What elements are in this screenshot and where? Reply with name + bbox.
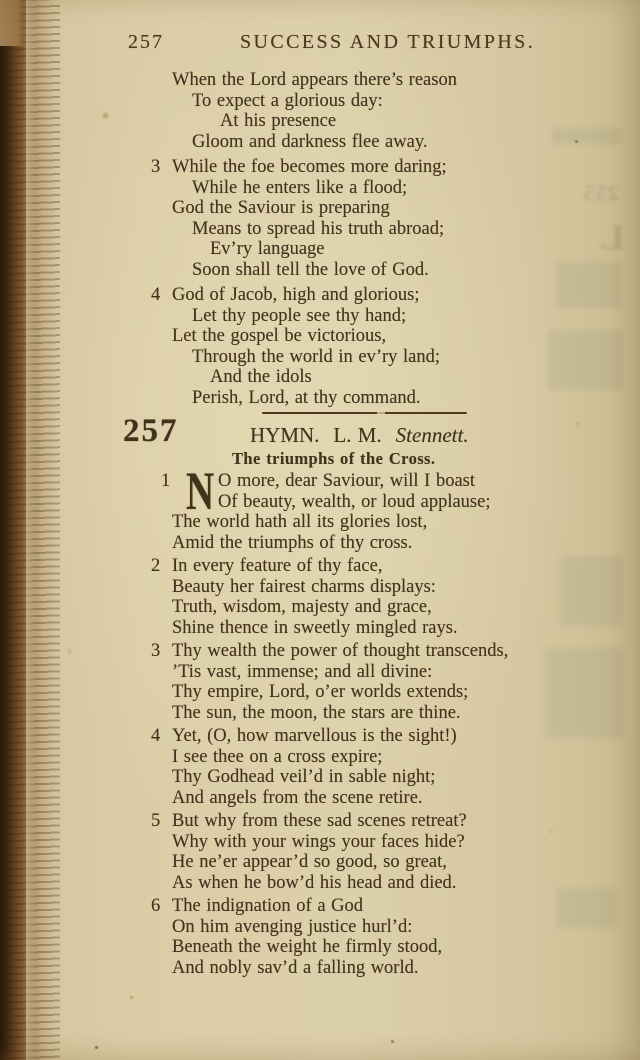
verse-line: Amid the triumphs of thy cross. xyxy=(172,533,640,554)
verse-line: Let the gospel be victorious, xyxy=(172,326,640,347)
verse-line: And nobly sav’d a falling world. xyxy=(172,958,640,979)
hymn-title-line: HYMN.L. M.Stennett. xyxy=(250,425,469,446)
drop-cap-initial: N xyxy=(186,471,208,512)
verse-line: Soon shall tell the love of God. xyxy=(192,260,640,281)
verse-line: The sun, the moon, the stars are thine. xyxy=(172,703,640,724)
verse: 3 While the foe becomes more daring; Whi… xyxy=(0,157,640,280)
verse-line: Truth, wisdom, majesty and grace, xyxy=(172,597,640,618)
verse-line: Perish, Lord, at thy command. xyxy=(192,388,640,409)
hymn-heading: 257 HYMN.L. M.Stennett. The triumphs of … xyxy=(0,420,640,468)
verse-number: 4 xyxy=(151,285,160,306)
verse-line: ’Tis vast, immense; and all divine: xyxy=(172,662,640,683)
hymn-number: 257 xyxy=(123,421,179,442)
verse-number: 2 xyxy=(151,556,160,577)
verse-line: Through the world in ev’ry land; xyxy=(192,347,640,368)
verse-line: I see thee on a cross expire; xyxy=(172,747,640,768)
verse: 4 Yet, (O, how marvellous is the sight!)… xyxy=(0,726,640,808)
verse-line: Thy Godhead veil’d in sable night; xyxy=(172,767,640,788)
verse-number: 4 xyxy=(151,726,160,747)
verse-line: The indignation of a God xyxy=(172,896,640,917)
verse-number: 3 xyxy=(151,157,160,178)
section-divider xyxy=(262,412,467,414)
verse-line: As when he bow’d his head and died. xyxy=(172,873,640,894)
verse-line: And angels from the scene retire. xyxy=(172,788,640,809)
hymn-subtitle: The triumphs of the Cross. xyxy=(232,449,435,470)
verse-number: 6 xyxy=(151,896,160,917)
verse-line: Of beauty, wealth, or loud applause; xyxy=(186,492,640,513)
verse-line: O more, dear Saviour, will I boast xyxy=(186,471,640,492)
verse-line: Yet, (O, how marvellous is the sight!) xyxy=(172,726,640,747)
page-body: When the Lord appears there’s reason To … xyxy=(0,70,640,978)
page-number: 257 xyxy=(128,31,164,54)
verse-line: When the Lord appears there’s reason xyxy=(172,70,640,91)
verse: 3 Thy wealth the power of thought transc… xyxy=(0,641,640,723)
verse-line: To expect a glorious day: xyxy=(192,91,640,112)
hymn-author: Stennett. xyxy=(396,423,469,447)
verse-line: While the foe becomes more daring; xyxy=(172,157,640,178)
running-title: SUCCESS AND TRIUMPHS. xyxy=(240,31,535,54)
verse-line: On him avenging justice hurl’d: xyxy=(172,917,640,938)
verse-line: While he enters like a flood; xyxy=(192,178,640,199)
verse-line: Shine thence in sweetly mingled rays. xyxy=(172,618,640,639)
verse-number: 1 xyxy=(161,471,170,492)
verse-line: Thy empire, Lord, o’er worlds extends; xyxy=(172,682,640,703)
verse-line: Beauty her fairest charms displays: xyxy=(172,577,640,598)
verse-line: Means to spread his truth abroad; xyxy=(192,219,640,240)
verse: 1 N O more, dear Saviour, will I boast O… xyxy=(0,471,640,553)
verse-line: Gloom and darkness flee away. xyxy=(192,132,640,153)
verse-line: But why from these sad scenes retreat? xyxy=(172,811,640,832)
verse-line: Thy wealth the power of thought transcen… xyxy=(172,641,640,662)
verse: 6 The indignation of a God On him avengi… xyxy=(0,896,640,978)
verse-line: Beneath the weight he firmly stood, xyxy=(172,937,640,958)
age-spots xyxy=(0,0,3,3)
verse-line: God of Jacob, high and glorious; xyxy=(172,285,640,306)
verse: 5 But why from these sad scenes retreat?… xyxy=(0,811,640,893)
verse: 2 In every feature of thy face, Beauty h… xyxy=(0,556,640,638)
verse-line: God the Saviour is preparing xyxy=(172,198,640,219)
verse-line: At his presence xyxy=(220,111,640,132)
book-page-scan: 255 L 257 SUCCESS AND TRIUMPHS. When the… xyxy=(0,0,640,1060)
verse-line: Why with your wings your faces hide? xyxy=(172,832,640,853)
verse-line: And the idols xyxy=(210,367,640,388)
verse-line: The world hath all its glories lost, xyxy=(172,512,640,533)
hymn-title: HYMN. xyxy=(250,423,319,447)
verse: 4 God of Jacob, high and glorious; Let t… xyxy=(0,285,640,408)
verse-number: 5 xyxy=(151,811,160,832)
verse-line: Let thy people see thy hand; xyxy=(192,306,640,327)
verse-line: He ne’er appear’d so good, so great, xyxy=(172,852,640,873)
verse-line: In every feature of thy face, xyxy=(172,556,640,577)
hymn-meter: L. M. xyxy=(333,423,381,447)
verse-line: Ev’ry language xyxy=(210,239,640,260)
continued-stanza: When the Lord appears there’s reason To … xyxy=(0,70,640,152)
verse-number: 3 xyxy=(151,641,160,662)
running-header: 257 SUCCESS AND TRIUMPHS. xyxy=(0,31,640,55)
